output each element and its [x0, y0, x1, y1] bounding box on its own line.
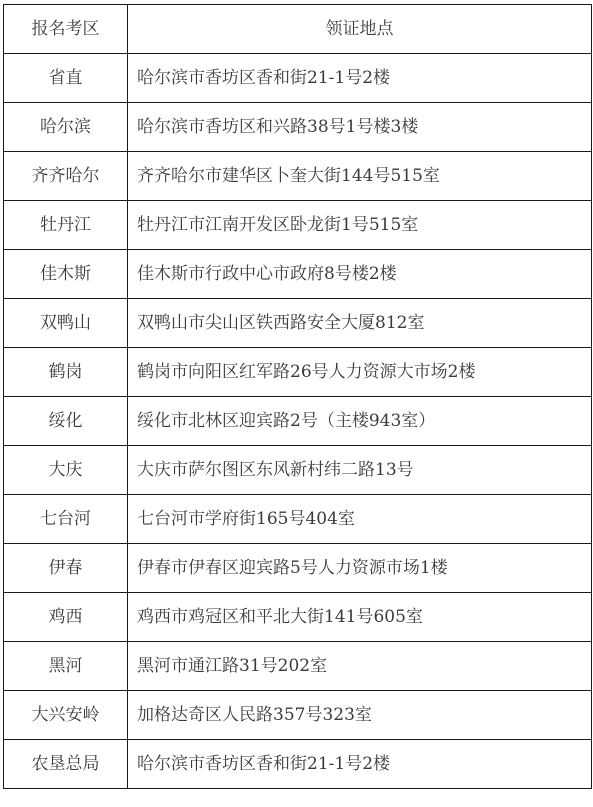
exam-area-cell: 牡丹江 — [4, 201, 128, 250]
pickup-location-cell: 哈尔滨市香坊区香和街21-1号2楼 — [128, 54, 592, 103]
exam-area-cell: 鸡西 — [4, 593, 128, 642]
exam-area-cell: 绥化 — [4, 397, 128, 446]
table-row: 鹤岗 鹤岗市向阳区红军路26号人力资源大市场2楼 — [4, 348, 592, 397]
table-row: 哈尔滨 哈尔滨市香坊区和兴路38号1号楼3楼 — [4, 103, 592, 152]
pickup-location-cell: 鸡西市鸡冠区和平北大街141号605室 — [128, 593, 592, 642]
header-exam-area: 报名考区 — [4, 5, 128, 54]
table-row: 绥化 绥化市北林区迎宾路2号（主楼943室） — [4, 397, 592, 446]
pickup-location-cell: 加格达奇区人民路357号323室 — [128, 691, 592, 740]
exam-area-cell: 鹤岗 — [4, 348, 128, 397]
exam-area-cell: 哈尔滨 — [4, 103, 128, 152]
exam-area-cell: 伊春 — [4, 544, 128, 593]
pickup-location-cell: 佳木斯市行政中心市政府8号楼2楼 — [128, 250, 592, 299]
table-header-row: 报名考区 领证地点 — [4, 5, 592, 54]
certificate-pickup-table: 报名考区 领证地点 省直 哈尔滨市香坊区香和街21-1号2楼 哈尔滨 哈尔滨市香… — [3, 4, 592, 789]
exam-area-cell: 黑河 — [4, 642, 128, 691]
exam-area-cell: 齐齐哈尔 — [4, 152, 128, 201]
table-row: 佳木斯 佳木斯市行政中心市政府8号楼2楼 — [4, 250, 592, 299]
header-pickup-location: 领证地点 — [128, 5, 592, 54]
table-row: 大庆 大庆市萨尔图区东风新村纬二路13号 — [4, 446, 592, 495]
table-row: 大兴安岭 加格达奇区人民路357号323室 — [4, 691, 592, 740]
table-row: 七台河 七台河市学府街165号404室 — [4, 495, 592, 544]
pickup-location-cell: 哈尔滨市香坊区香和街21-1号2楼 — [128, 740, 592, 789]
exam-area-cell: 佳木斯 — [4, 250, 128, 299]
pickup-location-cell: 大庆市萨尔图区东风新村纬二路13号 — [128, 446, 592, 495]
certificate-pickup-table-container: 报名考区 领证地点 省直 哈尔滨市香坊区香和街21-1号2楼 哈尔滨 哈尔滨市香… — [3, 4, 591, 789]
exam-area-cell: 七台河 — [4, 495, 128, 544]
exam-area-cell: 大庆 — [4, 446, 128, 495]
pickup-location-cell: 七台河市学府街165号404室 — [128, 495, 592, 544]
exam-area-cell: 省直 — [4, 54, 128, 103]
pickup-location-cell: 鹤岗市向阳区红军路26号人力资源大市场2楼 — [128, 348, 592, 397]
table-row: 伊春 伊春市伊春区迎宾路5号人力资源市场1楼 — [4, 544, 592, 593]
table-row: 双鸭山 双鸭山市尖山区铁西路安全大厦812室 — [4, 299, 592, 348]
pickup-location-cell: 黑河市通江路31号202室 — [128, 642, 592, 691]
table-row: 农垦总局 哈尔滨市香坊区香和街21-1号2楼 — [4, 740, 592, 789]
pickup-location-cell: 伊春市伊春区迎宾路5号人力资源市场1楼 — [128, 544, 592, 593]
table-row: 省直 哈尔滨市香坊区香和街21-1号2楼 — [4, 54, 592, 103]
table-row: 牡丹江 牡丹江市江南开发区卧龙街1号515室 — [4, 201, 592, 250]
exam-area-cell: 双鸭山 — [4, 299, 128, 348]
table-row: 齐齐哈尔 齐齐哈尔市建华区卜奎大街144号515室 — [4, 152, 592, 201]
exam-area-cell: 农垦总局 — [4, 740, 128, 789]
table-row: 黑河 黑河市通江路31号202室 — [4, 642, 592, 691]
pickup-location-cell: 绥化市北林区迎宾路2号（主楼943室） — [128, 397, 592, 446]
pickup-location-cell: 牡丹江市江南开发区卧龙街1号515室 — [128, 201, 592, 250]
pickup-location-cell: 齐齐哈尔市建华区卜奎大街144号515室 — [128, 152, 592, 201]
table-row: 鸡西 鸡西市鸡冠区和平北大街141号605室 — [4, 593, 592, 642]
pickup-location-cell: 双鸭山市尖山区铁西路安全大厦812室 — [128, 299, 592, 348]
exam-area-cell: 大兴安岭 — [4, 691, 128, 740]
pickup-location-cell: 哈尔滨市香坊区和兴路38号1号楼3楼 — [128, 103, 592, 152]
